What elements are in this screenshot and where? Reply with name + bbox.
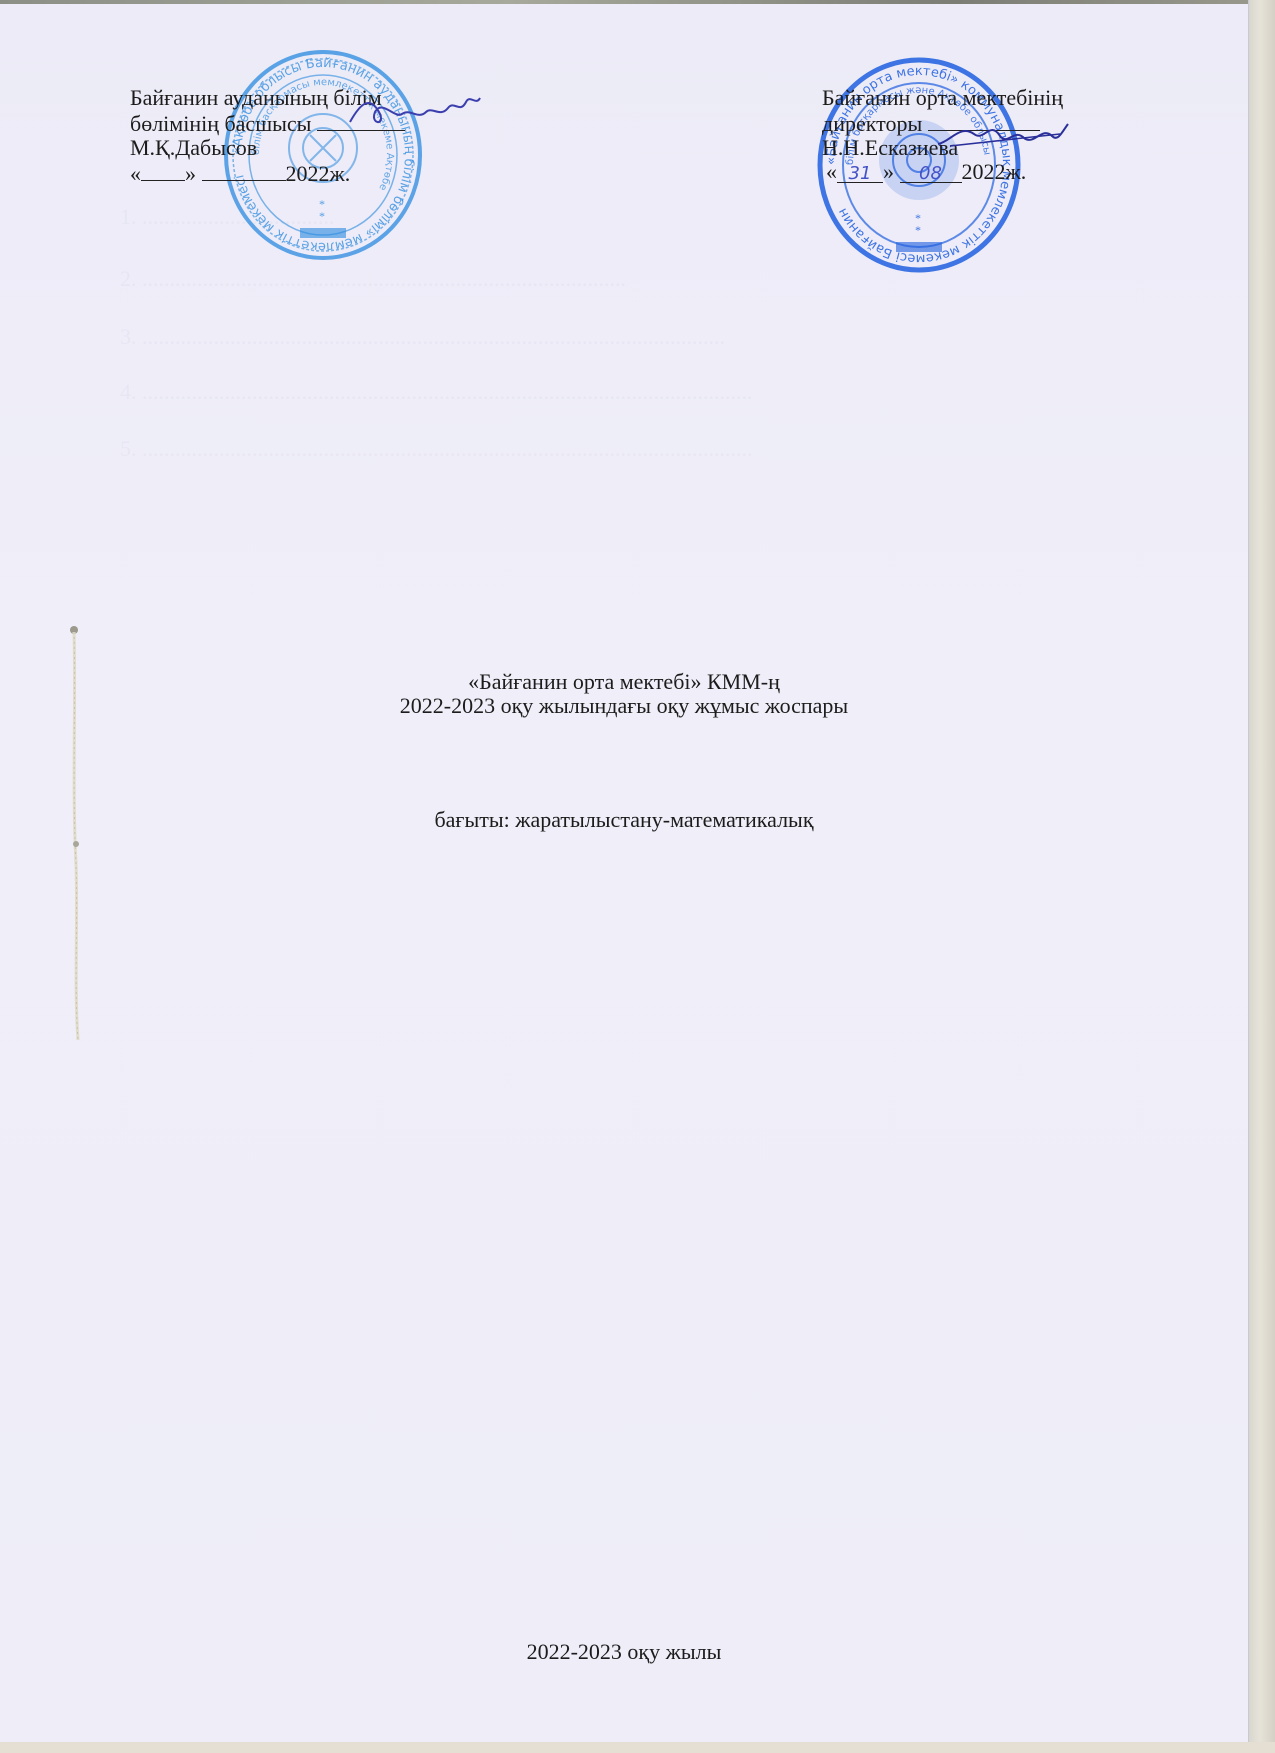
footer-year: 2022-2023 оқу жылы [0,1640,1248,1664]
svg-text:*: * [915,223,921,237]
bleed-through-text: 3. .....................................… [120,324,725,350]
day-handwritten: 31 [837,162,883,183]
approval-right-line1: Байғанин орта мектебінің [822,86,1063,110]
bleed-through-text: 5. .....................................… [120,436,753,462]
approval-right-year: 2022ж. [962,159,1027,184]
binding-thread-icon [66,624,86,1044]
date-close-quote: » [883,159,894,184]
title-line1: «Байғанин орта мектебі» КММ-ң [0,670,1248,694]
date-open-quote: « [826,159,837,184]
date-open-quote: « [130,161,141,186]
bleed-through-text: 4. .....................................… [120,379,753,405]
signature-left-icon [340,84,490,134]
svg-text:*: * [319,209,325,223]
document-page: 1. ................................... 2… [0,4,1248,1742]
scan-bottom-edge [0,1742,1275,1753]
signature-right-icon [930,114,1070,154]
approval-right-line2: директоры [822,111,922,136]
scan-right-edge [1248,0,1275,1753]
approval-left-name: М.Қ.Дабысов [130,136,405,160]
day-blank [141,160,185,181]
month-handwritten: 08 [900,162,962,183]
month-blank [202,160,286,181]
document-title: «Байғанин орта мектебі» КММ-ң 2022-2023 … [0,670,1248,718]
approval-left-line2: бөлімінің басшысы [130,111,311,136]
title-line2: 2022-2023 оқу жылындағы оқу жұмыс жоспар… [0,694,1248,718]
direction-line: бағыты: жаратылыстану-математикалық [0,808,1248,832]
bleed-through-text: 2. .....................................… [120,266,626,292]
approval-left-year: 2022ж. [286,161,351,186]
date-close-quote: » [185,161,196,186]
